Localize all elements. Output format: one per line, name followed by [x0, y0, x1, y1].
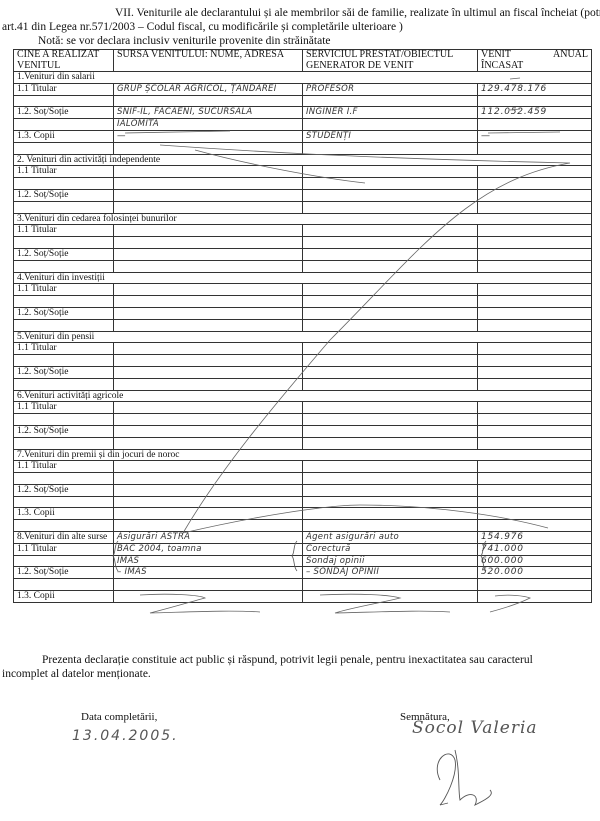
- cell-service: [303, 484, 478, 496]
- cell-service: [303, 378, 478, 390]
- header-income-a: VENIT: [481, 50, 511, 61]
- cell-label: 1.1 Titular: [14, 343, 114, 355]
- cell-income: [478, 248, 592, 260]
- cell-income: [478, 591, 592, 603]
- table-row: IMASSondaj opinii600.000: [14, 555, 592, 567]
- cell-label: [14, 95, 114, 107]
- cell-label: [14, 119, 114, 131]
- cell-source: [114, 484, 303, 496]
- cell-source: [114, 343, 303, 355]
- table-row: [14, 496, 592, 508]
- cell-source: [114, 520, 303, 532]
- cell-service: Corectură: [303, 543, 478, 555]
- cell-source: [114, 142, 303, 154]
- section-note: Notă: se vor declara inclusiv veniturile…: [0, 34, 600, 48]
- section-title: 6.Venituri activități agricole: [14, 390, 592, 402]
- cell-service: [303, 189, 478, 201]
- cell-label: 1.2. Soț/Soție: [14, 307, 114, 319]
- section-row: 1.Venituri din salarii: [14, 72, 592, 84]
- cell-label: [14, 237, 114, 249]
- cell-label: [14, 178, 114, 190]
- cell-label: [14, 378, 114, 390]
- cell-source: [114, 225, 303, 237]
- cell-label: [14, 142, 114, 154]
- cell-service: STUDENȚI: [303, 130, 478, 142]
- cell-service: [303, 473, 478, 485]
- signature-name: Socol Valeria: [412, 718, 538, 738]
- section-row: 8.Venituri din alte surseAsigurări ASTRA…: [14, 532, 592, 544]
- cell-service: [303, 237, 478, 249]
- cell-income: [478, 473, 592, 485]
- cell-income: [478, 378, 592, 390]
- cell-source: [114, 496, 303, 508]
- table-row: 1.2. Soț/Soție: [14, 307, 592, 319]
- cell-income: 741.000: [478, 543, 592, 555]
- cell-label: 1.1 Titular: [14, 284, 114, 296]
- cell-service: [303, 402, 478, 414]
- cell-income: [478, 260, 592, 272]
- cell-label: [14, 496, 114, 508]
- cell-service: [303, 366, 478, 378]
- cell-label: [14, 296, 114, 308]
- header-income-c: ÎNCASAT: [481, 61, 588, 72]
- section-title: 2. Venituri din activități independente: [14, 154, 592, 166]
- cell-service: [303, 414, 478, 426]
- cell-income: 112.052.459: [478, 107, 592, 119]
- cell-source: – IMAS: [114, 567, 303, 579]
- cell-income: [478, 461, 592, 473]
- date-label: Data completării,: [81, 711, 157, 723]
- cell-service: [303, 201, 478, 213]
- declaration-statement: Prezenta declarație constituie act publi…: [0, 653, 600, 681]
- section-title: 4.Venituri din investiții: [14, 272, 592, 284]
- section-heading: VII. Veniturile ale declarantului și ale…: [0, 6, 600, 20]
- table-row: [14, 414, 592, 426]
- cell-income: [478, 484, 592, 496]
- cell-source: IMAS: [114, 555, 303, 567]
- table-row: [14, 296, 592, 308]
- table-row: [14, 579, 592, 591]
- table-row: [14, 473, 592, 485]
- cell-service: – SONDAJ OPINII: [303, 567, 478, 579]
- income-table: CINE A REALIZAT VENITUL SURSA VENITULUI:…: [13, 49, 592, 603]
- cell-service: [303, 579, 478, 591]
- cell-income: [478, 496, 592, 508]
- cell-source: [114, 473, 303, 485]
- cell-income: 129.478.176: [478, 83, 592, 95]
- cell-income: [478, 166, 592, 178]
- table-row: [14, 237, 592, 249]
- cell-service: PROFESOR: [303, 83, 478, 95]
- cell-label: 1.1 Titular: [14, 461, 114, 473]
- cell-service: INGINER I.F: [303, 107, 478, 119]
- cell-income: [478, 284, 592, 296]
- cell-service: [303, 307, 478, 319]
- cell-source: [114, 95, 303, 107]
- section-row: 5.Venituri din pensii: [14, 331, 592, 343]
- cell-source: [114, 591, 303, 603]
- cell-label: 1.1 Titular: [14, 402, 114, 414]
- cell-income: [478, 508, 592, 520]
- cell-source: —: [114, 130, 303, 142]
- table-header: CINE A REALIZAT VENITUL SURSA VENITULUI:…: [14, 50, 592, 72]
- cell-label: 1.2. Soț/Soție: [14, 425, 114, 437]
- table-row: [14, 95, 592, 107]
- cell-service: [303, 355, 478, 367]
- cell-source: [114, 237, 303, 249]
- table-row: 1.1 Titular: [14, 461, 592, 473]
- cell-service: [303, 437, 478, 449]
- cell-label: 1.1 Titular: [14, 83, 114, 95]
- cell-source: [114, 425, 303, 437]
- table-row: [14, 378, 592, 390]
- cell-income: [478, 366, 592, 378]
- cell-income: [478, 319, 592, 331]
- cell-label: 1.2. Soț/Soție: [14, 248, 114, 260]
- cell-income: [478, 355, 592, 367]
- section-row: 3.Venituri din cedarea folosinței bunuri…: [14, 213, 592, 225]
- cell-service: [303, 119, 478, 131]
- table-row: 1.2. Soț/SoțieSNIF-IL, FACAENI, SUCURSAL…: [14, 107, 592, 119]
- cell-label: [14, 520, 114, 532]
- cell-income: 520.000: [478, 567, 592, 579]
- header-service: SERVICIUL PRESTAT/OBIECTUL GENERATOR DE …: [303, 50, 478, 72]
- cell-source: [114, 378, 303, 390]
- table-row: 1.2. Soț/Soție– IMAS– SONDAJ OPINII520.0…: [14, 567, 592, 579]
- section-row: 4.Venituri din investiții: [14, 272, 592, 284]
- table-row: 1.2. Soț/Soție: [14, 484, 592, 496]
- cell-source: [114, 296, 303, 308]
- table-row: IALOMITA: [14, 119, 592, 131]
- cell-source: [114, 178, 303, 190]
- cell-label: 1.2. Soț/Soție: [14, 107, 114, 119]
- cell-service: [303, 520, 478, 532]
- cell-label: [14, 473, 114, 485]
- table-row: 1.1 TitularBAC 2004, toamnaCorectură741.…: [14, 543, 592, 555]
- section-row: 6.Venituri activități agricole: [14, 390, 592, 402]
- cell-service: [303, 260, 478, 272]
- cell-source: [114, 189, 303, 201]
- cell-source: [114, 366, 303, 378]
- cell-income: [478, 95, 592, 107]
- table-row: 1.3. Copii: [14, 591, 592, 603]
- cell-label: [14, 437, 114, 449]
- table-row: 1.1 TitularGRUP ȘCOLAR AGRICOL, ȚANDĂREI…: [14, 83, 592, 95]
- table-row: 1.1 Titular: [14, 284, 592, 296]
- cell-source: [114, 414, 303, 426]
- cell-label: [14, 319, 114, 331]
- cell-service: [303, 284, 478, 296]
- cell-income: [478, 343, 592, 355]
- cell-income: [478, 402, 592, 414]
- table-row: 1.1 Titular: [14, 166, 592, 178]
- cell-service: Sondaj opinii: [303, 555, 478, 567]
- cell-income: [478, 201, 592, 213]
- cell-label: [14, 579, 114, 591]
- cell-source: [114, 319, 303, 331]
- table-row: 1.2. Soț/Soție: [14, 248, 592, 260]
- cell-label: [14, 260, 114, 272]
- cell-source: Asigurări ASTRA: [114, 532, 303, 544]
- cell-income: [478, 414, 592, 426]
- cell-income: [478, 296, 592, 308]
- header-income: VENITANUAL ÎNCASAT: [478, 50, 592, 72]
- cell-income: [478, 425, 592, 437]
- cell-service: [303, 425, 478, 437]
- cell-service: [303, 166, 478, 178]
- cell-source: GRUP ȘCOLAR AGRICOL, ȚANDĂREI: [114, 83, 303, 95]
- cell-source: [114, 307, 303, 319]
- cell-source: [114, 402, 303, 414]
- table-row: 1.3. Copii—STUDENȚI—: [14, 130, 592, 142]
- section-title: 7.Venituri din premii și din jocuri de n…: [14, 449, 592, 461]
- table-row: 1.2. Soț/Soție: [14, 425, 592, 437]
- cell-label: 1.1 Titular: [14, 166, 114, 178]
- table-row: [14, 260, 592, 272]
- header-who: CINE A REALIZAT VENITUL: [14, 50, 114, 72]
- cell-source: [114, 284, 303, 296]
- cell-label: 1.2. Soț/Soție: [14, 484, 114, 496]
- cell-service: [303, 296, 478, 308]
- cell-label: 1.3. Copii: [14, 508, 114, 520]
- cell-service: [303, 461, 478, 473]
- table-row: [14, 178, 592, 190]
- declaration-line-2: incomplet al datelor menționate.: [0, 667, 600, 681]
- cell-source: [114, 201, 303, 213]
- cell-service: [303, 343, 478, 355]
- cell-service: [303, 225, 478, 237]
- cell-source: [114, 248, 303, 260]
- table-row: [14, 437, 592, 449]
- cell-income: [478, 520, 592, 532]
- section-intro: VII. Veniturile ale declarantului și ale…: [0, 6, 600, 48]
- cell-income: [478, 189, 592, 201]
- table-row: [14, 520, 592, 532]
- cell-income: 600.000: [478, 555, 592, 567]
- cell-label: 1.3. Copii: [14, 130, 114, 142]
- cell-label: 1.3. Copii: [14, 591, 114, 603]
- section-row: 2. Venituri din activități independente: [14, 154, 592, 166]
- table-row: [14, 142, 592, 154]
- table-row: [14, 319, 592, 331]
- cell-label: [14, 555, 114, 567]
- header-source: SURSA VENITULUI: NUME, ADRESA: [114, 50, 303, 72]
- section-title: 3.Venituri din cedarea folosinței bunuri…: [14, 213, 592, 225]
- cell-service: [303, 591, 478, 603]
- cell-income: [478, 119, 592, 131]
- section-row: 7.Venituri din premii și din jocuri de n…: [14, 449, 592, 461]
- table-row: 1.1 Titular: [14, 402, 592, 414]
- date-value: 13.04.2005.: [72, 728, 179, 744]
- cell-source: [114, 166, 303, 178]
- cell-income: [478, 307, 592, 319]
- cell-label: [14, 414, 114, 426]
- cell-service: [303, 95, 478, 107]
- cell-source: IALOMITA: [114, 119, 303, 131]
- cell-source: [114, 355, 303, 367]
- cell-label: 1.1 Titular: [14, 543, 114, 555]
- table-row: 1.1 Titular: [14, 225, 592, 237]
- cell-income: [478, 142, 592, 154]
- cell-service: [303, 142, 478, 154]
- cell-service: Agent asigurări auto: [303, 532, 478, 544]
- cell-source: [114, 260, 303, 272]
- cell-service: [303, 496, 478, 508]
- section-title: 1.Venituri din salarii: [14, 72, 592, 84]
- cell-source: BAC 2004, toamna: [114, 543, 303, 555]
- cell-service: [303, 319, 478, 331]
- table-row: 1.2. Soț/Soție: [14, 366, 592, 378]
- cell-label: [14, 201, 114, 213]
- cell-source: [114, 579, 303, 591]
- cell-income: 154.976: [478, 532, 592, 544]
- cell-label: 1.2. Soț/Soție: [14, 366, 114, 378]
- cell-source: [114, 437, 303, 449]
- cell-label: 1.2. Soț/Soție: [14, 567, 114, 579]
- cell-income: —: [478, 130, 592, 142]
- cell-source: [114, 461, 303, 473]
- table-row: 1.1 Titular: [14, 343, 592, 355]
- declaration-line-1: Prezenta declarație constituie act publi…: [0, 653, 600, 667]
- cell-income: [478, 437, 592, 449]
- section-title: 5.Venituri din pensii: [14, 331, 592, 343]
- cell-label: 1.1 Titular: [14, 225, 114, 237]
- cell-service: [303, 248, 478, 260]
- cell-source: SNIF-IL, FACAENI, SUCURSALA: [114, 107, 303, 119]
- cell-income: [478, 225, 592, 237]
- table-row: 1.2. Soț/Soție: [14, 189, 592, 201]
- cell-service: [303, 178, 478, 190]
- table-row: [14, 201, 592, 213]
- cell-label: [14, 355, 114, 367]
- cell-income: [478, 579, 592, 591]
- cell-income: [478, 178, 592, 190]
- table-row: 1.3. Copii: [14, 508, 592, 520]
- cell-service: [303, 508, 478, 520]
- header-income-b: ANUAL: [553, 50, 588, 61]
- section-title: 8.Venituri din alte surse: [14, 532, 114, 544]
- cell-income: [478, 237, 592, 249]
- section-heading-cont: art.41 din Legea nr.571/2003 – Codul fis…: [0, 20, 600, 34]
- cell-label: 1.2. Soț/Soție: [14, 189, 114, 201]
- cell-source: [114, 508, 303, 520]
- table-row: [14, 355, 592, 367]
